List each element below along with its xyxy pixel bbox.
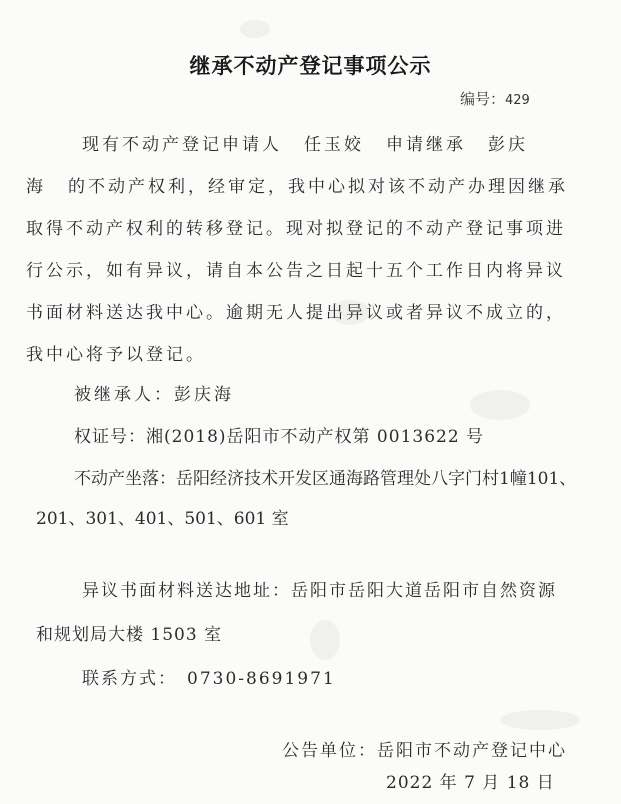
certificate-field: 权证号：湘(2018)岳阳市不动产权第 0013622 号	[74, 422, 484, 447]
issuer-field: 公告单位：岳阳市不动产登记中心	[282, 736, 567, 761]
location-value-line2: 201、301、401、501、601 室	[36, 504, 289, 529]
objection-address-field: 异议书面材料送达地址：岳阳市岳阳大道岳阳市自然资源	[82, 576, 557, 601]
certificate-value: 湘(2018)岳阳市不动产权第 0013622 号	[146, 427, 484, 447]
document-title: 继承不动产登记事项公示	[0, 50, 621, 80]
contact-field: 联系方式：0730-8691971	[82, 664, 336, 689]
decedent-value: 彭庆海	[174, 385, 234, 405]
contact-label: 联系方式：	[82, 669, 177, 689]
body-line-6: 我中心将予以登记。	[26, 340, 206, 365]
body-line-4: 行公示，如有异议，请自本公告之日起十五个工作日内将异议	[26, 256, 566, 281]
body-text: 的不动产权利，经审定，我中心拟对该不动产办理因继承	[68, 177, 568, 197]
scan-speck	[240, 20, 270, 38]
body-line-1: 现有不动产登记申请人任玉姣申请继承彭庆	[82, 130, 528, 155]
document-number-label: 编号：	[460, 90, 505, 108]
issuer-value: 岳阳市不动产登记中心	[377, 741, 567, 761]
apply-inherit-text: 申请继承	[386, 135, 466, 155]
document-number: 编号：429	[460, 88, 530, 109]
location-field: 不动产坐落：岳阳经济技术开发区通海路管理处八字门村1幢101、	[74, 464, 576, 489]
document-number-value: 429	[505, 93, 530, 108]
objection-address-label: 异议书面材料送达地址：	[82, 581, 291, 601]
intro-prefix: 现有不动产登记申请人	[82, 135, 282, 155]
scan-speck	[310, 620, 340, 660]
issue-date: 2022 年 7 月 18 日	[386, 768, 555, 793]
scan-speck	[500, 710, 580, 730]
certificate-label: 权证号：	[74, 427, 146, 447]
decedent-name-part1: 彭庆	[488, 135, 528, 155]
scan-speck	[470, 390, 530, 420]
applicant-name: 任玉姣	[304, 135, 364, 155]
location-label: 不动产坐落：	[74, 469, 176, 489]
decedent-name-part2: 海	[26, 177, 46, 197]
objection-address-line1: 岳阳市岳阳大道岳阳市自然资源	[291, 581, 557, 601]
body-line-2: 海的不动产权利，经审定，我中心拟对该不动产办理因继承	[26, 172, 568, 197]
objection-address-line2: 和规划局大楼 1503 室	[36, 620, 222, 645]
decedent-label: 被继承人：	[74, 385, 174, 405]
location-value-line1: 岳阳经济技术开发区通海路管理处八字门村1幢101、	[176, 469, 576, 489]
body-line-5: 书面材料送达我中心。逾期无人提出异议或者异议不成立的，	[26, 298, 566, 323]
body-line-3: 取得不动产权利的转移登记。现对拟登记的不动产登记事项进	[26, 214, 566, 239]
decedent-field: 被继承人：彭庆海	[74, 380, 234, 405]
contact-value: 0730-8691971	[187, 669, 336, 689]
issuer-label: 公告单位：	[282, 741, 377, 761]
